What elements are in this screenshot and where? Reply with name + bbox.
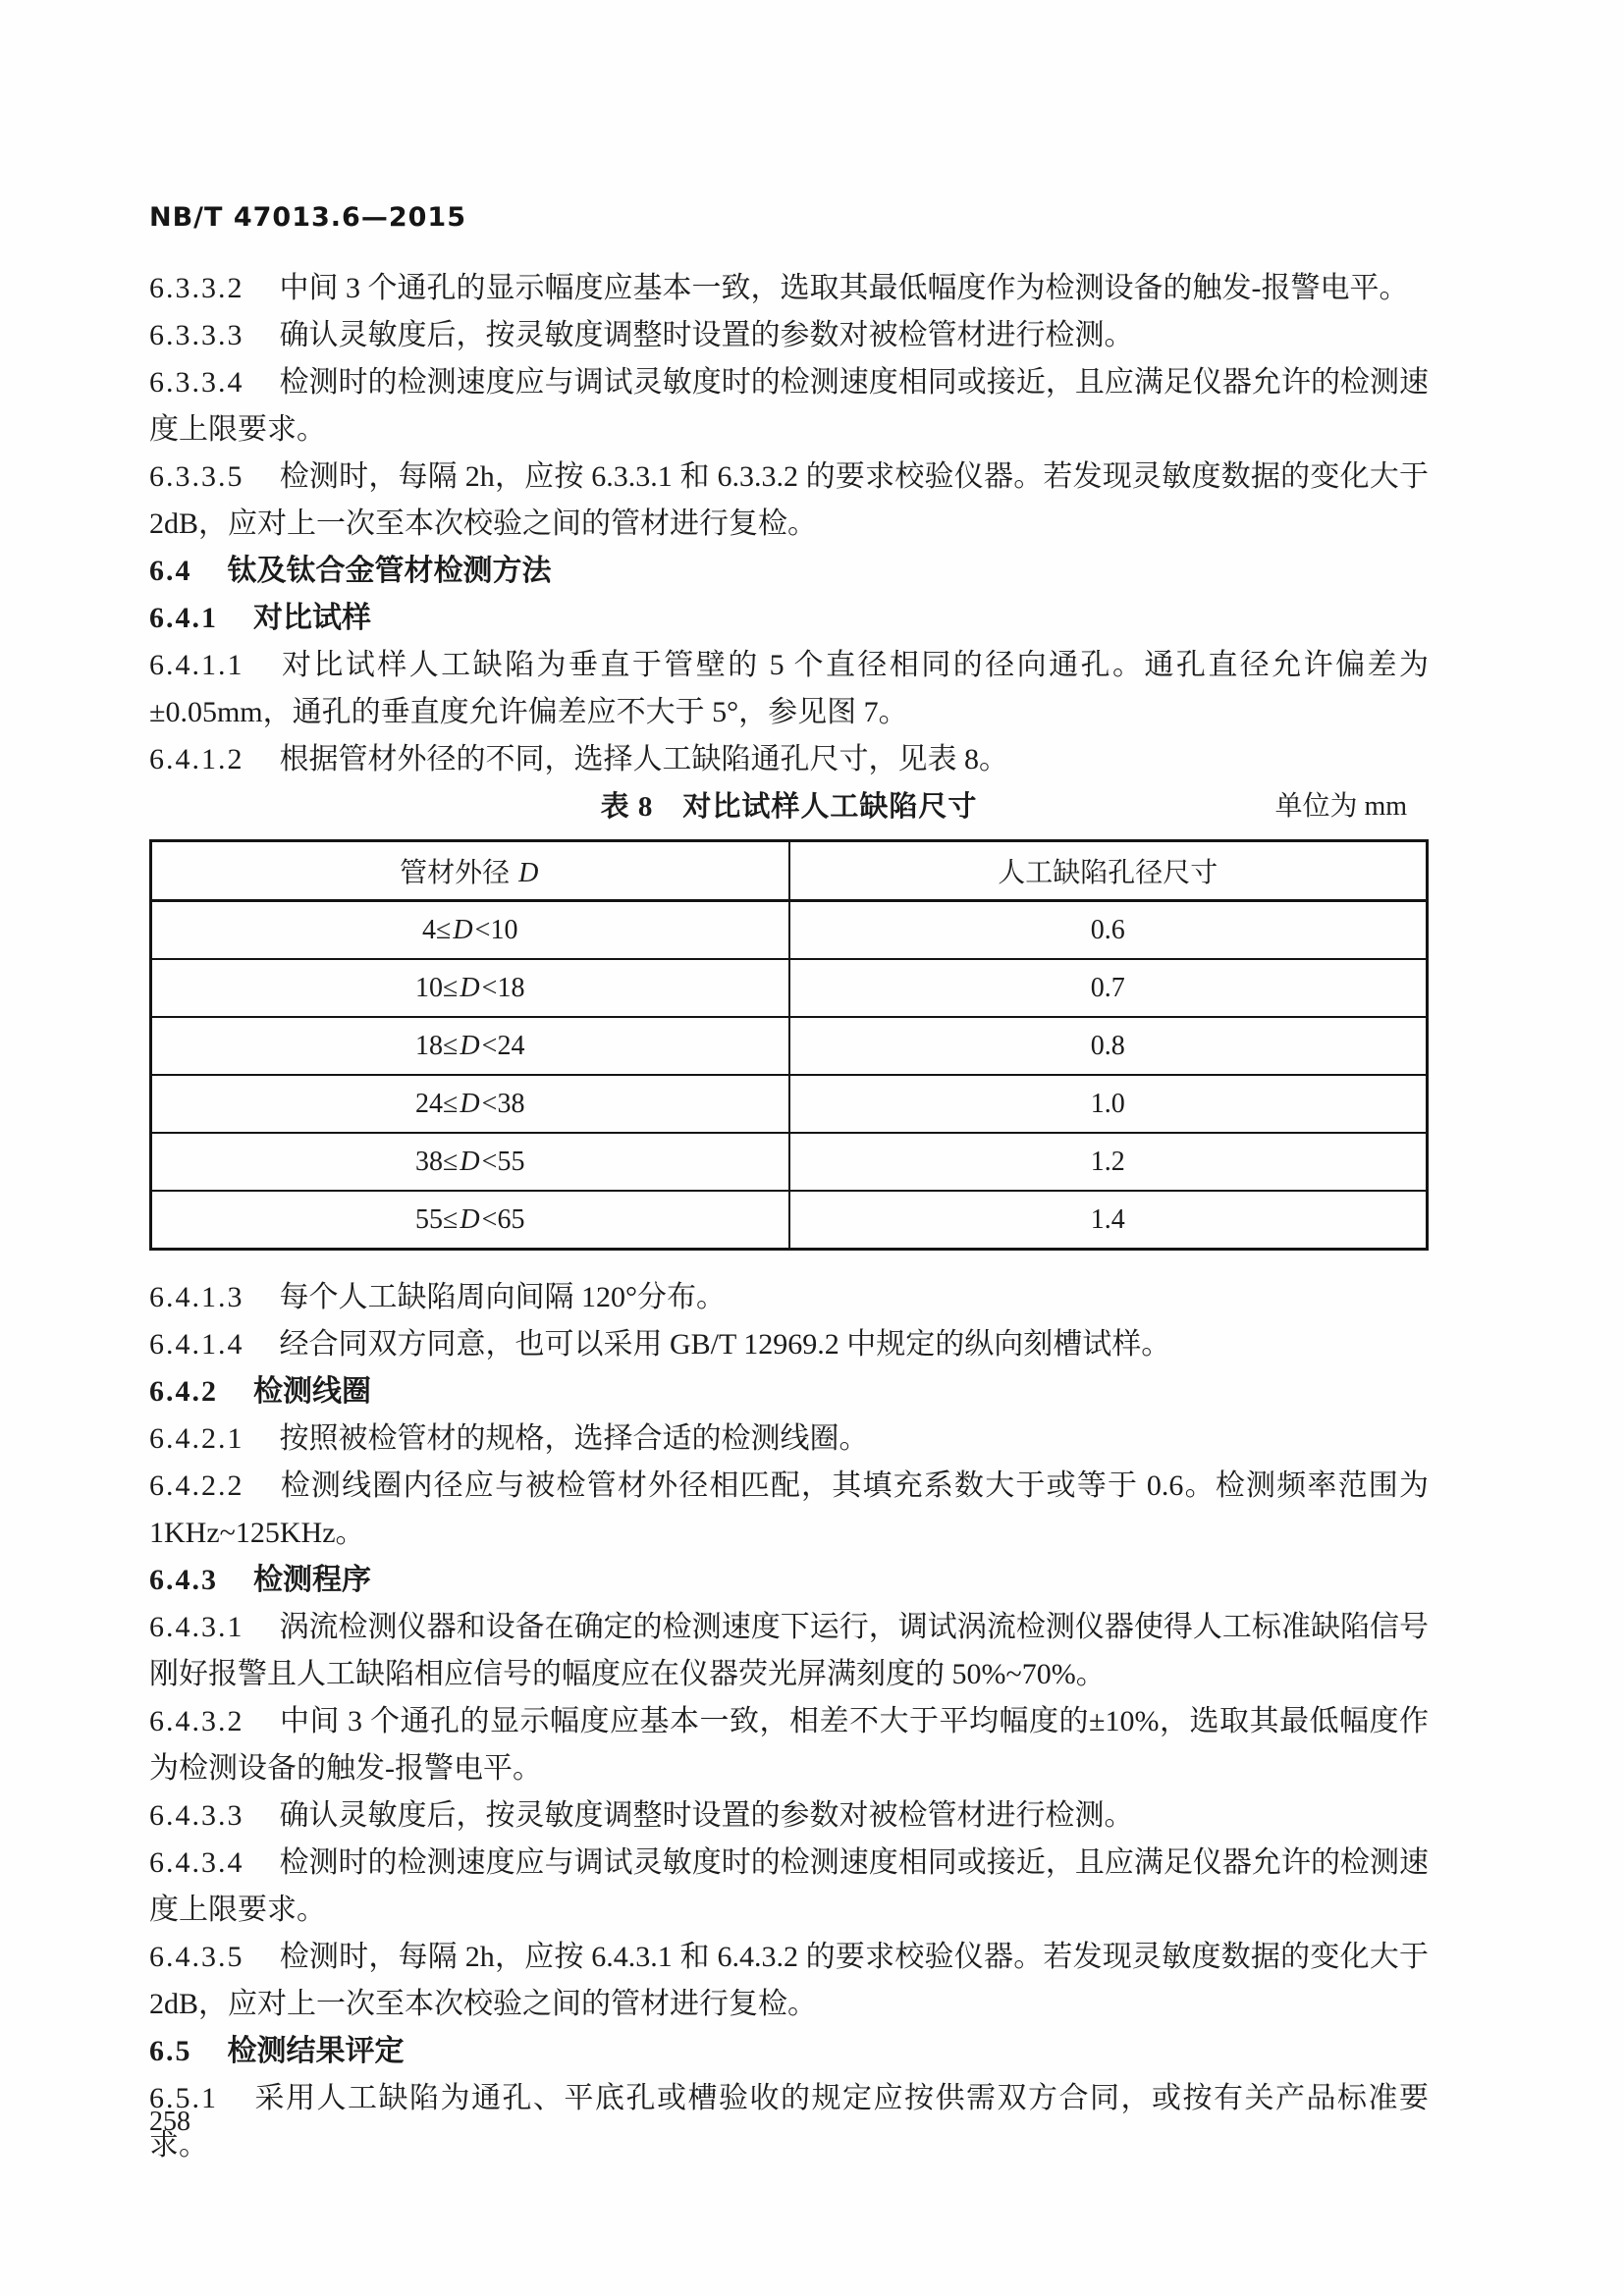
- clause-number: 6.4.1.3: [149, 1281, 244, 1313]
- clause-text: 检测结果评定: [228, 2035, 405, 2067]
- table-caption-row: 表 8 对比试样人工缺陷尺寸 单位为 mm: [149, 783, 1429, 830]
- cell-outer-diameter-range: 24≤D<38: [151, 1075, 789, 1133]
- clause-text: 检测线圈内径应与被检管材外径相匹配，其填充系数大于或等于 0.6。检测频率范围为…: [149, 1469, 1429, 1549]
- cell-outer-diameter-range: 38≤D<55: [151, 1133, 789, 1191]
- clause-paragraph: 6.4.3.4检测时的检测速度应与调试灵敏度时的检测速度相同或接近，且应满足仪器…: [149, 1840, 1429, 1934]
- clause-number: 6.4.1: [149, 602, 218, 634]
- table-8-body: 4≤D<100.610≤D<180.718≤D<240.824≤D<381.03…: [151, 901, 1428, 1250]
- clause-number: 6.4.2: [149, 1375, 218, 1408]
- cell-hole-diameter: 1.2: [789, 1133, 1428, 1191]
- clause-text: 检测时，每隔 2h，应按 6.3.3.1 和 6.3.3.2 的要求校验仪器。若…: [149, 460, 1429, 540]
- table-row: 24≤D<381.0: [151, 1075, 1428, 1133]
- table-header-row: 管材外径 D人工缺陷孔径尺寸: [151, 841, 1428, 901]
- clause-heading: 6.4钛及钛合金管材检测方法: [149, 548, 1429, 595]
- clause-number: 6.4.2.1: [149, 1422, 244, 1455]
- clause-text: 根据管材外径的不同，选择人工缺陷通孔尺寸，见表 8。: [280, 743, 1009, 775]
- clause-number: 6.4: [149, 555, 192, 587]
- clause-number: 6.5: [149, 2035, 192, 2067]
- clause-number: 6.4.3.3: [149, 1799, 244, 1832]
- clause-text: 确认灵敏度后，按灵敏度调整时设置的参数对被检管材进行检测。: [280, 1799, 1134, 1832]
- clause-paragraph: 6.4.1.1对比试样人工缺陷为垂直于管壁的 5 个直径相同的径向通孔。通孔直径…: [149, 642, 1429, 736]
- clause-number: 6.4.3.5: [149, 1941, 244, 1973]
- cell-outer-diameter-range: 10≤D<18: [151, 959, 789, 1017]
- table-caption: 表 8 对比试样人工缺陷尺寸: [601, 791, 978, 823]
- clause-paragraph: 6.3.3.4检测时的检测速度应与调试灵敏度时的检测速度相同或接近，且应满足仪器…: [149, 359, 1429, 454]
- clause-text: 经合同双方同意，也可以采用 GB/T 12969.2 中规定的纵向刻槽试样。: [280, 1328, 1171, 1361]
- clause-text: 每个人工缺陷周向间隔 120°分布。: [280, 1281, 727, 1313]
- clause-number: 6.4.2.2: [149, 1469, 244, 1502]
- table-row: 18≤D<240.8: [151, 1017, 1428, 1075]
- document-page: NB/T 47013.6—2015 6.3.3.2中间 3 个通孔的显示幅度应基…: [0, 0, 1624, 2296]
- clause-paragraph: 6.3.3.2中间 3 个通孔的显示幅度应基本一致，选取其最低幅度作为检测设备的…: [149, 265, 1429, 312]
- table-column-header: 管材外径 D: [151, 841, 789, 901]
- clause-paragraph: 6.4.1.3每个人工缺陷周向间隔 120°分布。: [149, 1274, 1429, 1321]
- document-body: 6.3.3.2中间 3 个通孔的显示幅度应基本一致，选取其最低幅度作为检测设备的…: [149, 265, 1429, 2169]
- table-column-header: 人工缺陷孔径尺寸: [789, 841, 1428, 901]
- clause-number: 6.4.1.2: [149, 743, 244, 775]
- clause-number: 6.4.3.4: [149, 1846, 244, 1879]
- standard-code-header: NB/T 47013.6—2015: [149, 202, 466, 233]
- clause-number: 6.3.3.4: [149, 366, 244, 399]
- clause-text: 检测程序: [253, 1564, 371, 1596]
- table-row: 38≤D<551.2: [151, 1133, 1428, 1191]
- clause-text: 检测时，每隔 2h，应按 6.4.3.1 和 6.4.3.2 的要求校验仪器。若…: [149, 1941, 1429, 2020]
- clause-text: 检测时的检测速度应与调试灵敏度时的检测速度相同或接近，且应满足仪器允许的检测速度…: [149, 1846, 1429, 1926]
- clause-number: 6.4.1.1: [149, 649, 244, 681]
- table-unit-note: 单位为 mm: [1274, 783, 1407, 830]
- clause-paragraph: 6.4.2.2检测线圈内径应与被检管材外径相匹配，其填充系数大于或等于 0.6。…: [149, 1463, 1429, 1557]
- clause-heading: 6.4.1对比试样: [149, 595, 1429, 642]
- clause-text: 钛及钛合金管材检测方法: [228, 555, 552, 587]
- clause-text: 对比试样人工缺陷为垂直于管壁的 5 个直径相同的径向通孔。通孔直径允许偏差为±0…: [149, 649, 1429, 728]
- cell-hole-diameter: 1.4: [789, 1191, 1428, 1250]
- clause-paragraph: 6.4.1.4经合同双方同意，也可以采用 GB/T 12969.2 中规定的纵向…: [149, 1321, 1429, 1368]
- clause-number: 6.4.3.1: [149, 1611, 244, 1643]
- cell-outer-diameter-range: 18≤D<24: [151, 1017, 789, 1075]
- clause-number: 6.3.3.2: [149, 272, 244, 304]
- clause-text: 对比试样: [253, 602, 371, 634]
- cell-hole-diameter: 0.7: [789, 959, 1428, 1017]
- clause-text: 涡流检测仪器和设备在确定的检测速度下运行，调试涡流检测仪器使得人工标准缺陷信号刚…: [149, 1611, 1429, 1690]
- clause-text: 检测线圈: [253, 1375, 371, 1408]
- clause-paragraph: 6.4.1.2根据管材外径的不同，选择人工缺陷通孔尺寸，见表 8。: [149, 736, 1429, 783]
- cell-outer-diameter-range: 55≤D<65: [151, 1191, 789, 1250]
- clause-text: 采用人工缺陷为通孔、平底孔或槽验收的规定应按供需双方合同，或按有关产品标准要求。: [149, 2082, 1429, 2162]
- clause-paragraph: 6.4.3.5检测时，每隔 2h，应按 6.4.3.1 和 6.4.3.2 的要…: [149, 1934, 1429, 2028]
- clause-heading: 6.4.2检测线圈: [149, 1368, 1429, 1415]
- clauses-before-table: 6.3.3.2中间 3 个通孔的显示幅度应基本一致，选取其最低幅度作为检测设备的…: [149, 265, 1429, 783]
- clause-number: 6.4.3.2: [149, 1705, 244, 1737]
- clause-number: 6.4.3: [149, 1564, 218, 1596]
- cell-hole-diameter: 0.8: [789, 1017, 1428, 1075]
- page-number: 258: [149, 2099, 190, 2146]
- clause-text: 确认灵敏度后，按灵敏度调整时设置的参数对被检管材进行检测。: [280, 319, 1134, 351]
- table-row: 55≤D<651.4: [151, 1191, 1428, 1250]
- clause-text: 检测时的检测速度应与调试灵敏度时的检测速度相同或接近，且应满足仪器允许的检测速度…: [149, 366, 1429, 446]
- table-row: 4≤D<100.6: [151, 901, 1428, 960]
- table-8-artificial-defect-sizes: 管材外径 D人工缺陷孔径尺寸 4≤D<100.610≤D<180.718≤D<2…: [149, 839, 1429, 1251]
- cell-outer-diameter-range: 4≤D<10: [151, 901, 789, 960]
- clause-paragraph: 6.4.3.1涡流检测仪器和设备在确定的检测速度下运行，调试涡流检测仪器使得人工…: [149, 1604, 1429, 1698]
- clause-number: 6.3.3.5: [149, 460, 244, 493]
- cell-hole-diameter: 1.0: [789, 1075, 1428, 1133]
- clause-text: 中间 3 个通孔的显示幅度应基本一致，相差不大于平均幅度的±10%，选取其最低幅…: [149, 1705, 1429, 1785]
- clause-heading: 6.4.3检测程序: [149, 1557, 1429, 1604]
- clause-paragraph: 6.3.3.5检测时，每隔 2h，应按 6.3.3.1 和 6.3.3.2 的要…: [149, 454, 1429, 548]
- clauses-after-table: 6.4.1.3每个人工缺陷周向间隔 120°分布。6.4.1.4经合同双方同意，…: [149, 1274, 1429, 2169]
- clause-number: 6.3.3.3: [149, 319, 244, 351]
- clause-paragraph: 6.5.1采用人工缺陷为通孔、平底孔或槽验收的规定应按供需双方合同，或按有关产品…: [149, 2075, 1429, 2169]
- cell-hole-diameter: 0.6: [789, 901, 1428, 960]
- clause-paragraph: 6.4.3.2中间 3 个通孔的显示幅度应基本一致，相差不大于平均幅度的±10%…: [149, 1698, 1429, 1792]
- clause-text: 按照被检管材的规格，选择合适的检测线圈。: [280, 1422, 869, 1455]
- table-row: 10≤D<180.7: [151, 959, 1428, 1017]
- table-8-header: 管材外径 D人工缺陷孔径尺寸: [151, 841, 1428, 901]
- clause-paragraph: 6.4.3.3确认灵敏度后，按灵敏度调整时设置的参数对被检管材进行检测。: [149, 1792, 1429, 1840]
- clause-paragraph: 6.3.3.3确认灵敏度后，按灵敏度调整时设置的参数对被检管材进行检测。: [149, 312, 1429, 359]
- clause-paragraph: 6.4.2.1按照被检管材的规格，选择合适的检测线圈。: [149, 1415, 1429, 1463]
- clause-text: 中间 3 个通孔的显示幅度应基本一致，选取其最低幅度作为检测设备的触发-报警电平…: [280, 272, 1409, 304]
- clause-heading: 6.5检测结果评定: [149, 2028, 1429, 2075]
- clause-number: 6.4.1.4: [149, 1328, 244, 1361]
